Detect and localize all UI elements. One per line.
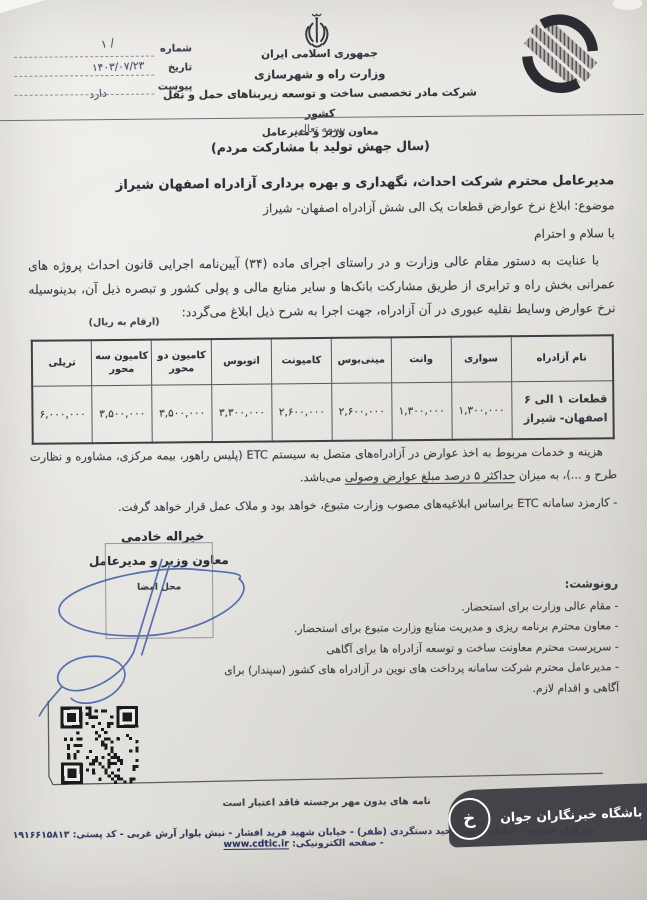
date-value: ۱۴۰۳/۰۷/۲۳ xyxy=(92,60,145,74)
cc-block: رونوشت: - مقام عالی وزارت برای استحضار. … xyxy=(218,573,619,702)
qr-code xyxy=(54,700,145,795)
column-header-truck-3axle: کامیون سه محور xyxy=(92,340,152,386)
news-agency-logo-icon: خ xyxy=(447,797,491,841)
toll-bus: ۳,۳۰۰,۰۰۰ xyxy=(212,384,272,442)
scanned-letter: / ۱ شماره ۱۴۰۳/۰۷/۲۳ تاریخ دارد پیوست xyxy=(0,0,647,900)
notes-block: هزینه و خدمات مربوط به اخذ عوارض در آزاد… xyxy=(30,440,618,525)
table-header-row: نام آزادراه سواری وانت مینی‌بوس کامیونت … xyxy=(32,335,613,386)
column-header-truck-2axle: کامیون دو محور xyxy=(152,339,212,385)
dotted-line xyxy=(14,56,154,58)
greeting-line: با سلام و احترام xyxy=(198,226,615,244)
toll-minibus: ۲,۶۰۰,۰۰۰ xyxy=(332,383,392,441)
body-paragraph: با عنایت به دستور مقام عالی وزارت و در ر… xyxy=(28,248,616,326)
table-row: قطعات ۱ الی ۶ اصفهان- شیراز ۱,۳۰۰,۰۰۰ ۱,… xyxy=(32,381,614,444)
note-1-ending: می‌باشد. xyxy=(300,470,345,484)
subject-line: موضوع: ابلاغ نرخ عوارض قطعات یک الی شش آ… xyxy=(27,198,614,218)
news-agency-watermark: باشگاه خبرنگاران جوان خ xyxy=(447,783,647,848)
toll-car: ۱,۳۰۰,۰۰۰ xyxy=(451,382,511,440)
year-slogan: (سال جهش تولید با مشارکت مردم) xyxy=(0,136,644,157)
news-agency-name: باشگاه خبرنگاران جوان xyxy=(500,804,643,824)
number-value: / ۱ xyxy=(100,36,115,51)
toll-truck-2axle: ۳,۵۰۰,۰۰۰ xyxy=(152,385,212,443)
column-header-freeway-name: نام آزادراه xyxy=(511,335,613,381)
cdtic-company-logo-icon xyxy=(517,13,604,98)
toll-pickup: ۱,۳۰۰,۰۰۰ xyxy=(391,382,451,440)
cc-heading: رونوشت: xyxy=(218,573,618,597)
toll-truck-3axle: ۳,۵۰۰,۰۰۰ xyxy=(92,385,152,443)
website-link: www.cdtic.ir xyxy=(223,838,288,850)
column-header-light-truck: کامیونت xyxy=(271,338,331,384)
dotted-line xyxy=(14,75,154,77)
column-header-minibus: مینی‌بوس xyxy=(331,337,391,383)
column-header-trailer: تریلی xyxy=(32,340,92,386)
column-header-car: سواری xyxy=(451,336,511,382)
toll-light-truck: ۲,۶۰۰,۰۰۰ xyxy=(272,383,332,441)
recipient-line: مدیرعامل محترم شرکت احداث، نگهداری و بهر… xyxy=(27,173,614,194)
note-1-underlined: حداکثر ۵ درصد مبلغ عوارض وصولی xyxy=(345,468,515,484)
column-header-pickup: وانت xyxy=(391,337,451,383)
freeway-name-cell: قطعات ۱ الی ۶ اصفهان- شیراز xyxy=(511,381,614,439)
toll-trailer: ۶,۰۰۰,۰۰۰ xyxy=(32,386,92,444)
column-header-bus: اتوبوس xyxy=(211,338,271,384)
paper-blemish xyxy=(612,0,642,10)
note-etc-costs: هزینه و خدمات مربوط به اخذ عوارض در آزاد… xyxy=(30,440,617,492)
toll-rates-table: نام آزادراه سواری وانت مینی‌بوس کامیونت … xyxy=(31,334,615,445)
dotted-line xyxy=(14,94,154,96)
note-etc-fee: - کارمزد سامانه ETC براساس ابلاغیه‌های م… xyxy=(30,491,617,520)
amounts-unit-note: (ارقام به ریال) xyxy=(89,317,160,329)
